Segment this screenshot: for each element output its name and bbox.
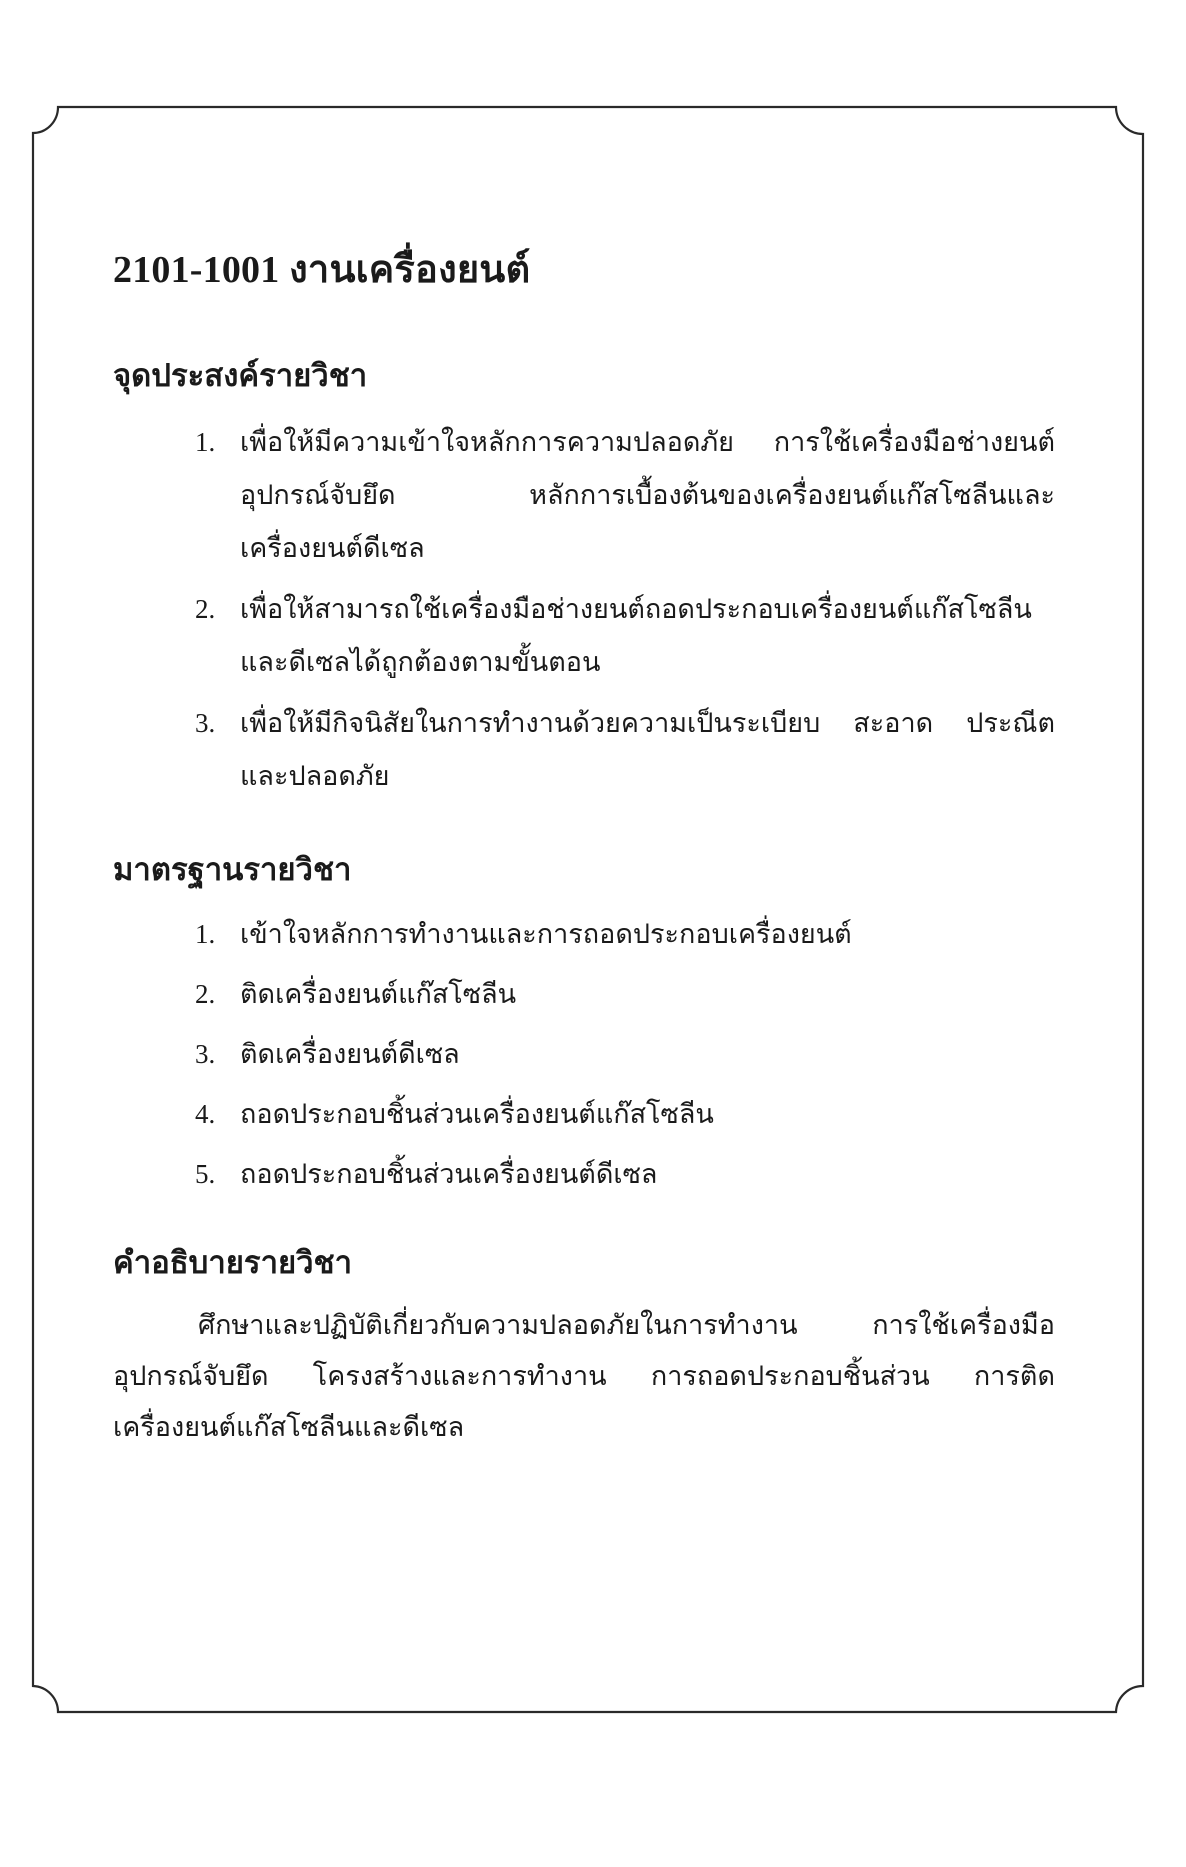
- item-number: 4.: [195, 1084, 215, 1144]
- item-text: ติดเครื่องยนต์แก๊สโซลีน: [240, 964, 1055, 1024]
- standards-list: 1. เข้าใจหลักการทำงานและการถอดประกอบเครื…: [195, 904, 1055, 1204]
- item-number: 2.: [195, 583, 215, 636]
- course-title: 2101-1001 งานเครื่องยนต์: [113, 248, 530, 292]
- item-text: เพื่อให้มีความเข้าใจหลักการความปลอดภัย ก…: [240, 416, 1055, 575]
- objective-item: 3. เพื่อให้มีกิจนิสัยในการทำงานด้วยความเ…: [195, 697, 1055, 803]
- item-number: 2.: [195, 964, 215, 1024]
- item-number: 3.: [195, 1024, 215, 1084]
- item-text: ถอดประกอบชิ้นส่วนเครื่องยนต์ดีเซล: [240, 1144, 1055, 1204]
- item-text: เพื่อให้สามารถใช้เครื่องมือช่างยนต์ถอดปร…: [240, 583, 1055, 689]
- item-text: เข้าใจหลักการทำงานและการถอดประกอบเครื่อง…: [240, 904, 1055, 964]
- item-text: ถอดประกอบชิ้นส่วนเครื่องยนต์แก๊สโซลีน: [240, 1084, 1055, 1144]
- item-text: เพื่อให้มีกิจนิสัยในการทำงานด้วยความเป็น…: [240, 697, 1055, 803]
- objectives-heading: จุดประสงค์รายวิชา: [113, 356, 367, 396]
- standard-item: 2. ติดเครื่องยนต์แก๊สโซลีน: [195, 964, 1055, 1024]
- objectives-list: 1. เพื่อให้มีความเข้าใจหลักการความปลอดภั…: [195, 416, 1055, 811]
- description-heading: คำอธิบายรายวิชา: [113, 1243, 352, 1283]
- standard-item: 1. เข้าใจหลักการทำงานและการถอดประกอบเครื…: [195, 904, 1055, 964]
- item-text: ติดเครื่องยนต์ดีเซล: [240, 1024, 1055, 1084]
- item-number: 5.: [195, 1144, 215, 1204]
- standard-item: 5. ถอดประกอบชิ้นส่วนเครื่องยนต์ดีเซล: [195, 1144, 1055, 1204]
- standard-item: 4. ถอดประกอบชิ้นส่วนเครื่องยนต์แก๊สโซลีน: [195, 1084, 1055, 1144]
- item-number: 1.: [195, 416, 215, 469]
- objective-item: 1. เพื่อให้มีความเข้าใจหลักการความปลอดภั…: [195, 416, 1055, 575]
- standard-item: 3. ติดเครื่องยนต์ดีเซล: [195, 1024, 1055, 1084]
- item-number: 3.: [195, 697, 215, 750]
- item-number: 1.: [195, 904, 215, 964]
- document-page: 2101-1001 งานเครื่องยนต์ จุดประสงค์รายวิ…: [0, 0, 1186, 1867]
- description-paragraph: ศึกษาและปฏิบัติเกี่ยวกับความปลอดภัยในการ…: [113, 1300, 1055, 1453]
- objective-item: 2. เพื่อให้สามารถใช้เครื่องมือช่างยนต์ถอ…: [195, 583, 1055, 689]
- standards-heading: มาตรฐานรายวิชา: [113, 850, 351, 890]
